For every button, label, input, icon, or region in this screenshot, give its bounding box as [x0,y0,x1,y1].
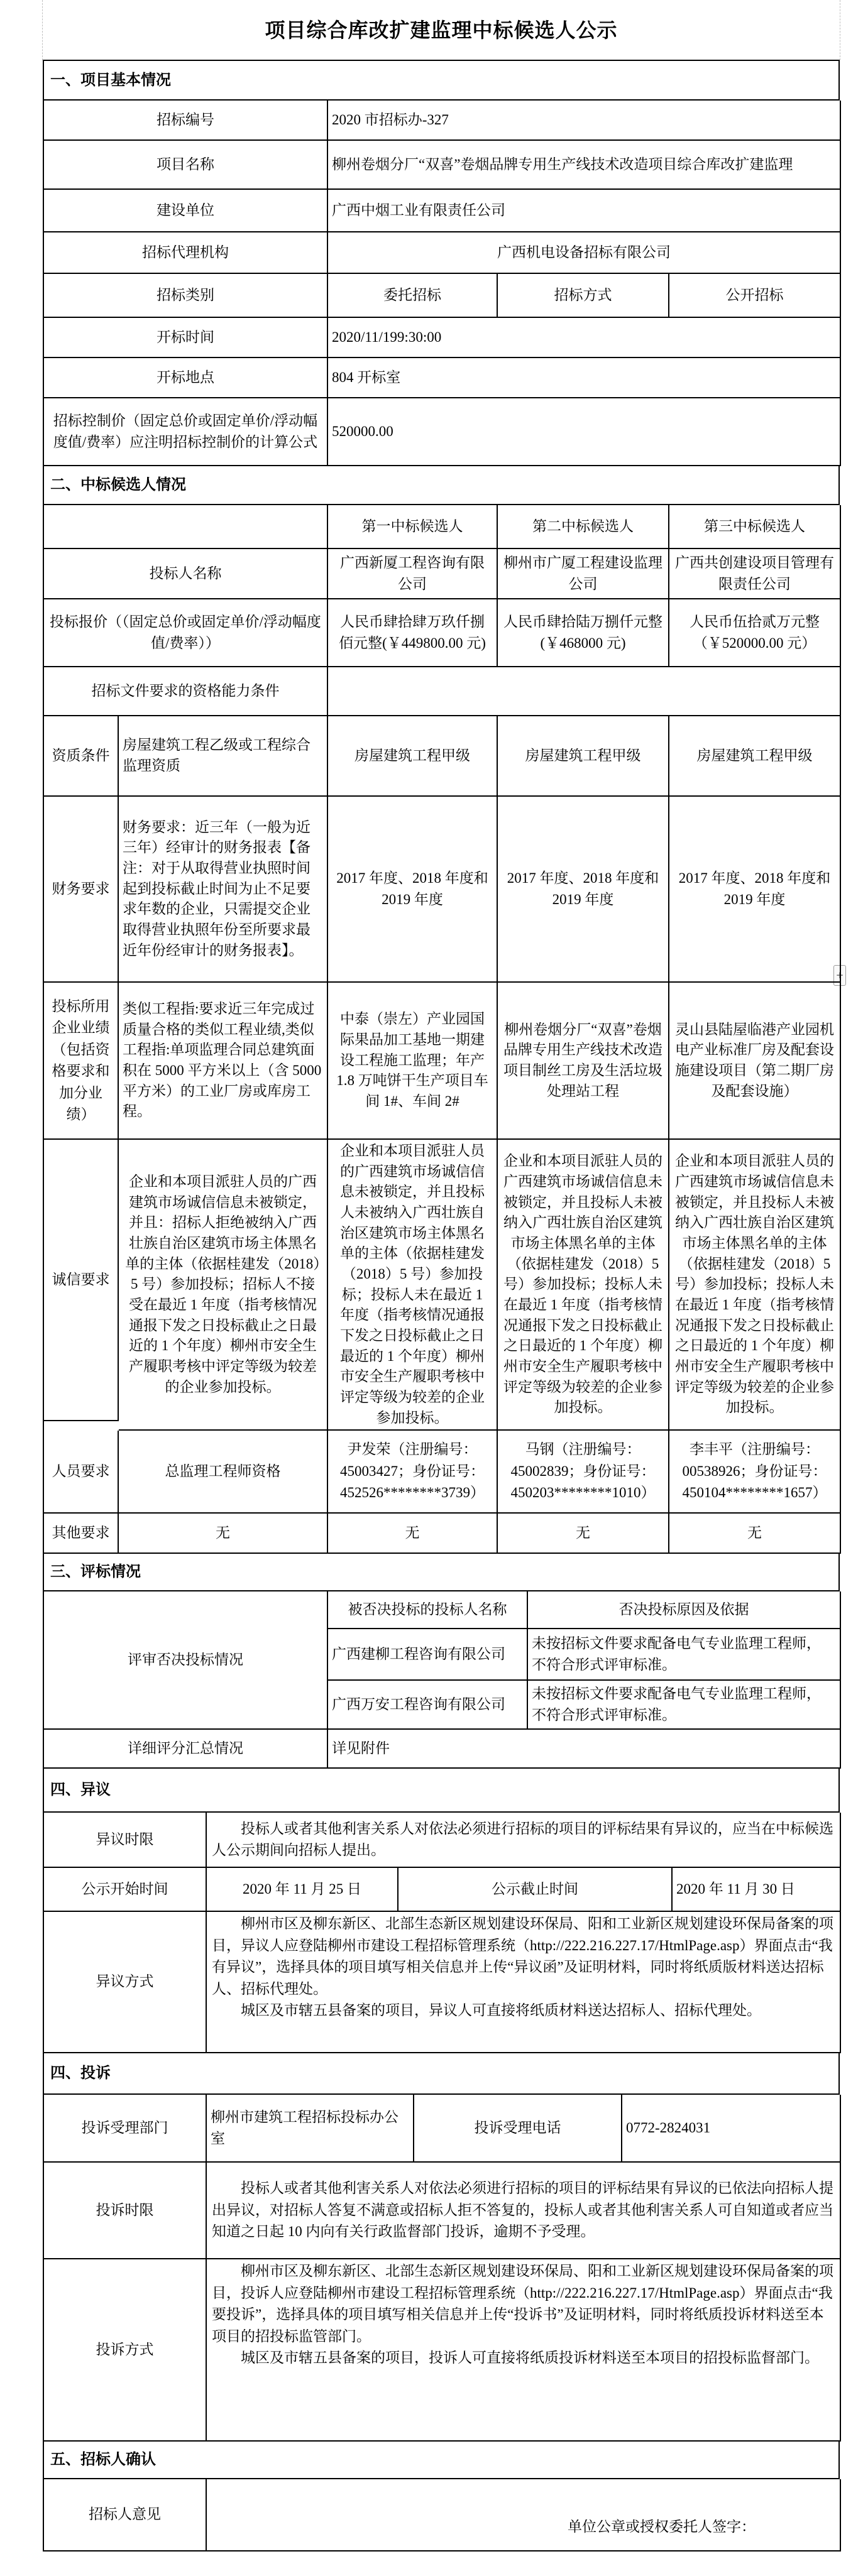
qualification-header-blank [328,667,841,716]
rejected-reason-header: 否决投标原因及依据 [528,1591,841,1629]
bidder2-performance: 柳州卷烟分厂“双喜”卷烟品牌专用生产线技术改造项目制丝工房及生活垃圾处理站工程 [498,983,669,1140]
candidate1-header: 第一中标候选人 [328,505,498,549]
page-margin-guide-right [840,0,840,60]
complaint-method-value: 柳州市区及柳东新区、北部生态新区规划建设环保局、阳和工业新区规划建设环保局备案的… [207,2259,841,2442]
objection-method-label: 异议方式 [44,1912,207,2053]
bidder3-price: 人民币伍拾贰万元整（￥520000.00 元） [669,599,841,667]
bidder1-price: 人民币肆拾肆万玖仟捌佰元整(￥449800.00 元) [328,599,498,667]
bidder1-performance: 中泰（崇左）产业园国际果品加工基地一期建设工程施工监理；年产 1.8 万吨饼干生… [328,983,498,1140]
bidder2-finance: 2017 年度、2018 年度和 2019 年度 [498,797,669,983]
control-price-label: 招标控制价（固定总价或固定单价/浮动幅度值/费率）应注明招标控制价的计算公式 [44,398,328,466]
candidate3-header: 第三中标候选人 [669,505,841,549]
rejected1-name: 广西建柳工程咨询有限公司 [328,1629,528,1681]
bid-number-value: 2020 市招标办-327 [328,101,841,141]
complaint-method-label: 投诉方式 [44,2259,207,2442]
bidder1-integrity: 企业和本项目派驻人员的广西建筑市场诚信信息未被锁定，并且投标人未被纳入广西壮族自… [328,1140,498,1431]
objection-method-value: 柳州市区及柳东新区、北部生态新区规划建设环保局、阳和工业新区规划建设环保局备案的… [207,1912,841,2053]
seal-signature-line: 单位公章或授权委托人签字： [568,2516,756,2538]
qualification-requirement: 房屋建筑工程乙级或工程综合监理资质 [119,716,328,797]
project-name-label: 项目名称 [44,141,328,190]
objection-method-para1: 柳州市区及柳东新区、北部生态新区规划建设环保局、阳和工业新区规划建设环保局备案的… [212,1913,835,2000]
bidder1-other: 无 [328,1514,498,1554]
bidder3-qualification: 房屋建筑工程甲级 [669,716,841,797]
bid-number-label: 招标编号 [44,101,328,141]
complaint-limit-value: 投标人或者其他利害关系人对依法必须进行招标的项目的评标结果有异议的已依法向招标人… [212,2178,835,2243]
performance-label: 投标所用企业业绩（包括资格要求和加分业绩） [44,983,119,1140]
section4-objection-table: 异议时限 投标人或者其他利害关系人对依法必须进行招标的项目的评标结果有异议的，应… [44,1813,840,2053]
section4-objection-heading: 四、异议 [44,1769,840,1813]
complaint-method-para2: 城区及市辖五县备案的项目，投诉人可直接将纸质投诉材料送至本项目的招投标监督部门。 [212,2347,835,2369]
bidder2-integrity: 企业和本项目派驻人员的广西建筑市场诚信信息未被锁定，并且投标人未被纳入广西壮族自… [498,1140,669,1431]
complaint-phone-label: 投诉受理电话 [414,2095,622,2163]
bidder1-name: 广西新厦工程咨询有限公司 [328,549,498,599]
page-title: 项目综合库改扩建监理中标候选人公示 [43,0,840,60]
finance-requirement: 财务要求：近三年（一般为近三年）经审计的财务报表【备注：对于从取得营业执照时间起… [119,797,328,983]
open-time-label: 开标时间 [44,318,328,358]
section5-heading: 五、招标人确认 [44,2442,840,2479]
personnel-requirement: 总监理工程师资格 [119,1431,328,1514]
bidder3-other: 无 [669,1514,841,1554]
section3-heading: 三、评标情况 [44,1554,840,1591]
agency-label: 招标代理机构 [44,232,328,274]
section2-table: 第一中标候选人 第二中标候选人 第三中标候选人 投标人名称 广西新厦工程咨询有限… [44,505,840,1554]
objection-method-para2: 城区及市辖五县备案的项目，异议人可直接将纸质材料送达招标人、招标代理处。 [212,2000,835,2022]
owner-value: 广西中烟工业有限责任公司 [328,190,841,232]
bidder2-name: 柳州市广厦工程建设监理公司 [498,549,669,599]
publicity-start-value: 2020 年 11 月 25 日 [207,1868,399,1912]
section5-table: 招标人意见 单位公章或授权委托人签字： [44,2479,840,2551]
publicity-end-value: 2020 年 11 月 30 日 [673,1868,841,1912]
rejected2-name: 广西万安工程咨询有限公司 [328,1681,528,1730]
bid-method-label: 招标方式 [498,274,669,318]
bidder3-finance: 2017 年度、2018 年度和 2019 年度 [669,797,841,983]
owner-label: 建设单位 [44,190,328,232]
qualification-label: 资质条件 [44,716,119,797]
bidder1-qualification: 房屋建筑工程甲级 [328,716,498,797]
complaint-phone-value: 0772-2824031 [622,2095,841,2163]
performance-requirement: 类似工程指:要求近三年完成过质量合格的类似工程业绩,类似工程指:单项监理合同总建… [119,983,328,1140]
integrity-label: 诚信要求 [44,1140,119,1421]
bid-method-value: 公开招标 [669,274,841,318]
bidder3-performance: 灵山县陆屋临港产业园机电产业标准厂房及配套设施建设项目（第二期厂房及配套设施） [669,983,841,1140]
finance-label: 财务要求 [44,797,119,983]
bidder2-personnel: 马钢（注册编号：45002839；身份证号：450203********1010… [498,1431,669,1514]
complaint-method-para1: 柳州市区及柳东新区、北部生态新区规划建设环保局、阳和工业新区规划建设环保局备案的… [212,2261,835,2347]
section1-table: 招标编号 2020 市招标办-327 项目名称 柳州卷烟分厂“双喜”卷烟品牌专用… [44,101,840,466]
section1-heading: 一、项目基本情况 [44,61,840,101]
other-requirement: 无 [119,1514,328,1554]
announcement-table: 一、项目基本情况 招标编号 2020 市招标办-327 项目名称 柳州卷烟分厂“… [43,60,840,2551]
section2-heading: 二、中标候选人情况 [44,466,840,505]
qualification-header-label: 招标文件要求的资格能力条件 [44,667,328,716]
open-time-value: 2020/11/199:30:00 [328,318,841,358]
open-place-label: 开标地点 [44,358,328,398]
project-name-value: 柳州卷烟分厂“双喜”卷烟品牌专用生产线技术改造项目综合库改扩建监理 [328,141,841,190]
bidder3-integrity: 企业和本项目派驻人员的广西建筑市场诚信信息未被锁定，并且投标人未被纳入广西壮族自… [669,1140,841,1431]
bidder3-name: 广西共创建设项目管理有限责任公司 [669,549,841,599]
score-summary-value: 详见附件 [328,1730,841,1769]
candidate2-header: 第二中标候选人 [498,505,669,549]
rejected-name-header: 被否决投标的投标人名称 [328,1591,528,1629]
section3-table: 评审否决投标情况 被否决投标的投标人名称 否决投标原因及依据 广西建柳工程咨询有… [44,1591,840,1769]
bid-category-label: 招标类别 [44,274,328,318]
bidder2-price: 人民币肆拾陆万捌仟元整(￥468000 元) [498,599,669,667]
section4-complaint-heading: 四、投诉 [44,2053,840,2095]
rejected1-reason: 未按招标文件要求配备电气专业监理工程师，不符合形式评审标准。 [528,1629,841,1681]
publicity-end-label: 公示截止时间 [399,1868,673,1912]
rejected2-reason: 未按招标文件要求配备电气专业监理工程师，不符合形式评审标准。 [528,1681,841,1730]
publicity-start-label: 公示开始时间 [44,1868,207,1912]
complaint-dept-label: 投诉受理部门 [44,2095,207,2163]
agency-value: 广西机电设备招标有限公司 [328,232,841,274]
objection-limit-value: 投标人或者其他利害关系人对依法必须进行招标的项目的评标结果有异议的，应当在中标候… [212,1818,835,1862]
complaint-dept-value: 柳州市建筑工程招标投标办公室 [207,2095,414,2163]
score-summary-label: 详细评分汇总情况 [44,1730,328,1769]
tenderer-opinion-cell: 单位公章或授权委托人签字： [207,2479,841,2551]
bidder2-qualification: 房屋建筑工程甲级 [498,716,669,797]
open-place-value: 804 开标室 [328,358,841,398]
bid-price-label: 投标报价（（固定总价或固定单价/浮动幅度值/费率）） [44,599,328,667]
complaint-limit-label: 投诉时限 [44,2163,207,2259]
integrity-requirement: 企业和本项目派驻人员的广西建筑市场诚信信息未被锁定，并且：招标人拒绝被纳入广西壮… [119,1140,328,1431]
bid-category-value: 委托招标 [328,274,498,318]
personnel-label: 人员要求 [44,1431,119,1514]
bidder1-finance: 2017 年度、2018 年度和 2019 年度 [328,797,498,983]
bidder1-personnel: 尹发荣（注册编号：45003427；身份证号：452526********373… [328,1431,498,1514]
bidder2-other: 无 [498,1514,669,1554]
control-price-value: 520000.00 [328,398,841,466]
bidder-name-label: 投标人名称 [44,549,328,599]
reject-review-label: 评审否决投标情况 [44,1591,328,1730]
objection-limit-label: 异议时限 [44,1813,207,1868]
section4-complaint-table: 投诉受理部门 柳州市建筑工程招标投标办公室 投诉受理电话 0772-282403… [44,2095,840,2442]
bidder3-personnel: 李丰平（注册编号：00538926；身份证号：450104********165… [669,1431,841,1514]
candidate-header-blank [44,505,328,549]
other-req-label: 其他要求 [44,1514,119,1554]
tenderer-opinion-label: 招标人意见 [44,2479,207,2551]
